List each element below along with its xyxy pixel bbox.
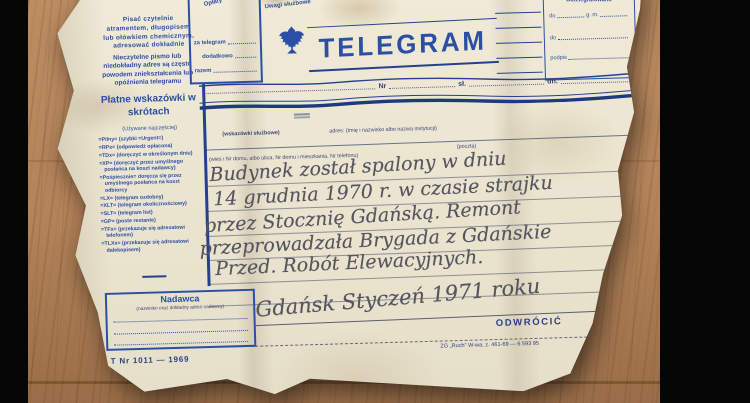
nr-label: Nr xyxy=(378,83,386,90)
fill-in-line xyxy=(469,84,544,87)
abbreviation-list: =Pilny= (szybki =Urgent=) =RPx= (odpowie… xyxy=(98,134,204,255)
form-rule xyxy=(205,134,641,150)
fill-in-line xyxy=(561,81,636,84)
address-hints-row: (wskazówki służbowe) adres: (Imię i nazw… xyxy=(204,120,640,132)
fill-in-line xyxy=(389,86,455,89)
fill-in-line xyxy=(557,16,584,18)
fee-row: za telegram xyxy=(194,39,257,47)
fill-in-line xyxy=(114,341,248,346)
abbr-item: =Pośpiesznie= doręcza się przez umyślneg… xyxy=(99,172,203,194)
photo-of-telegram: Pisać czytelnie atramentem, długopisem l… xyxy=(0,0,750,403)
service-indications-hint: (wskazówki służbowe) xyxy=(222,130,279,138)
sender-box: Nadawca (nazwisko oraz dokładny adres na… xyxy=(105,289,257,351)
abbr-item: =TLXx= (przekazuje się adresatowi daleko… xyxy=(101,238,204,254)
fee-label: razem xyxy=(195,68,212,74)
row-label: g. m. xyxy=(586,12,599,18)
sl-label: sł. xyxy=(458,81,466,88)
postal-stamp-mark xyxy=(294,113,310,115)
printer-imprint: ZG „Ruch” W-wa, z. 461-69 — 6 593 95 xyxy=(440,341,539,350)
fill-in-line xyxy=(213,71,256,73)
fill-in-line xyxy=(114,330,248,335)
retransmitted-row: dog. m. xyxy=(549,11,629,19)
fees-box: Opłaty za telegram dodatkowo razem podpi… xyxy=(187,0,263,84)
retransmitted-header: Odtelegrafowano xyxy=(544,0,634,3)
polish-eagle-icon xyxy=(277,23,306,60)
fill-in-line xyxy=(228,43,256,45)
row-label: do xyxy=(549,13,555,19)
fill-in-line xyxy=(601,15,628,17)
telegram-paper-wrap: Pisać czytelnie atramentem, długopisem l… xyxy=(56,0,648,396)
addressee-hint: adres: (Imię i nazwisko albo nazwa insty… xyxy=(329,126,437,135)
service-notes-ruled-lines xyxy=(494,0,543,80)
paid-indications-subheader: (Używane najczęściej) xyxy=(102,124,197,133)
illegible-writing-warning: Nieczytelne pismo lub niedokładny adres … xyxy=(94,52,201,89)
telegram-form: Pisać czytelnie atramentem, długopisem l… xyxy=(50,0,653,403)
fill-in-line xyxy=(206,88,375,94)
fill-in-line xyxy=(569,57,629,60)
abbr-item: =XP= (doręczyć przez umyślnego posłańca … xyxy=(99,158,202,174)
dashed-rule xyxy=(230,336,612,348)
fees-header: Opłaty xyxy=(203,0,223,8)
retransmitted-row: podpis xyxy=(550,53,630,61)
row-label: do xyxy=(550,35,556,41)
paid-indications-header: Płatne wskazówki w skrótach xyxy=(98,92,199,120)
fill-in-line xyxy=(235,57,256,59)
fee-label: za telegram xyxy=(194,39,226,46)
fill-in-line xyxy=(114,318,248,323)
fill-in-line xyxy=(558,37,628,40)
write-legibly-instruction: Pisać czytelnie atramentem, długopisem l… xyxy=(101,14,196,52)
service-notes-label: Uwagi służbowe xyxy=(263,0,314,12)
fee-row: razem xyxy=(195,67,258,75)
form-title: TELEGRAM xyxy=(319,25,488,64)
abbr-item: =TFx= (przekazuje się adresatowi telefon… xyxy=(101,224,204,240)
retransmitted-row: do xyxy=(550,33,630,41)
title-band: TELEGRAM xyxy=(307,18,499,72)
dn-label: dn. xyxy=(547,78,558,85)
column-end-divider xyxy=(142,275,166,278)
fee-row: dodatkowo xyxy=(194,53,257,61)
fee-label: dodatkowo xyxy=(202,53,233,60)
turn-over-label: ODWRÓCIĆ xyxy=(496,316,563,329)
row-label: podpis xyxy=(550,55,567,61)
form-number: I T Nr 1011 — 1969 xyxy=(105,355,190,366)
